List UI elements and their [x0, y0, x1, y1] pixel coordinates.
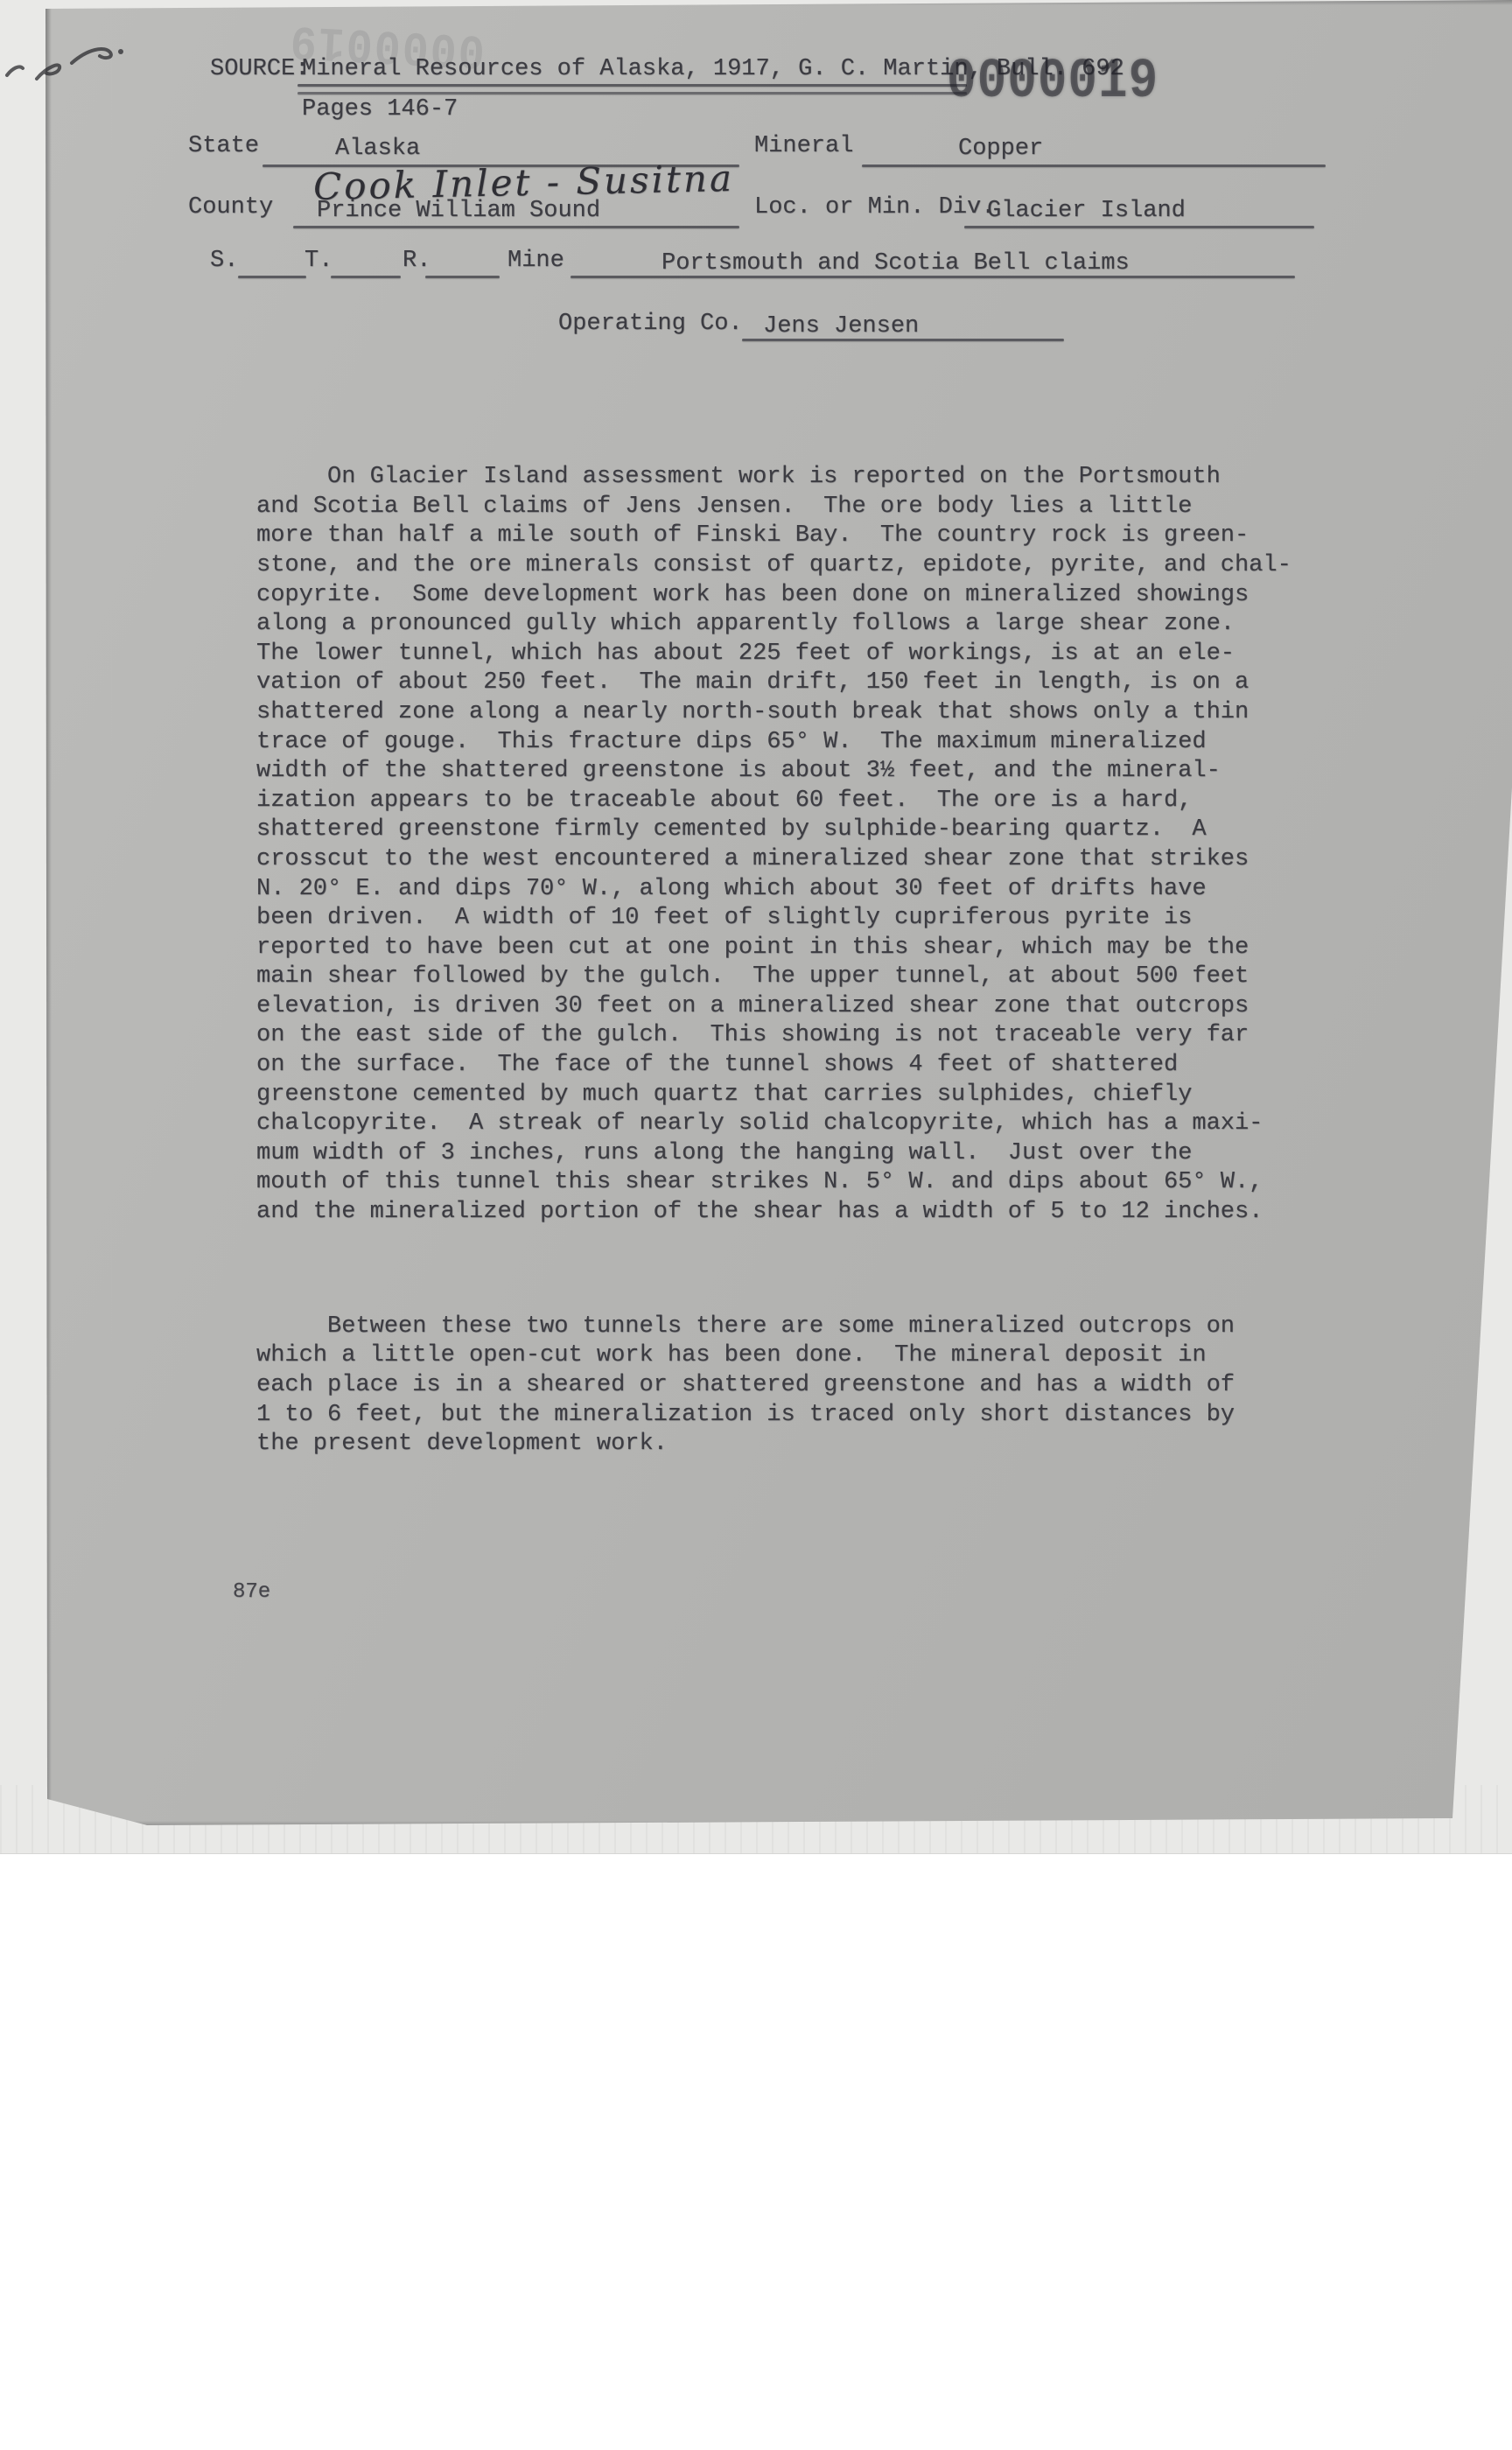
- county-label: County: [188, 194, 273, 220]
- county-underline: [293, 226, 739, 228]
- source-underline-1: [297, 84, 967, 87]
- mineral-underline: [862, 164, 1326, 167]
- mineral-value: Copper: [958, 136, 1043, 162]
- township-underline: [331, 276, 401, 278]
- township-label: T.: [304, 248, 332, 274]
- county-value: Prince William Sound: [317, 198, 600, 224]
- section-underline: [238, 276, 306, 278]
- source-label: SOURCE:: [210, 56, 309, 82]
- state-value: Alaska: [335, 136, 420, 162]
- stamp-number: 0000019: [947, 49, 1158, 114]
- mineral-label: Mineral: [754, 133, 853, 159]
- source-pages: Pages 146-7: [302, 96, 458, 122]
- scanned-document-page: 0000019 SOURCE: Mineral Resources of Ala…: [0, 0, 1512, 2450]
- loc-value: Glacier Island: [987, 198, 1186, 224]
- mine-value: Portsmouth and Scotia Bell claims: [661, 250, 1130, 276]
- range-label: R.: [402, 248, 430, 274]
- operating-co-value: Jens Jensen: [763, 313, 919, 339]
- loc-underline: [964, 226, 1314, 228]
- range-underline: [425, 276, 500, 278]
- body-paragraph-1: On Glacier Island assessment work is rep…: [256, 463, 1328, 1227]
- page-code: 87e: [233, 1580, 270, 1604]
- loc-label: Loc. or Min. Div.: [754, 194, 995, 220]
- operating-co-label: Operating Co.: [558, 311, 743, 337]
- body-paragraph-2: Between these two tunnels there are some…: [256, 1312, 1328, 1459]
- pen-scribble-icon: [2, 23, 168, 101]
- state-label: State: [188, 133, 259, 159]
- section-label: S.: [210, 248, 238, 274]
- body-text: On Glacier Island assessment work is rep…: [256, 404, 1328, 1518]
- source-underline-2: [297, 92, 967, 94]
- mine-label: Mine: [507, 248, 564, 274]
